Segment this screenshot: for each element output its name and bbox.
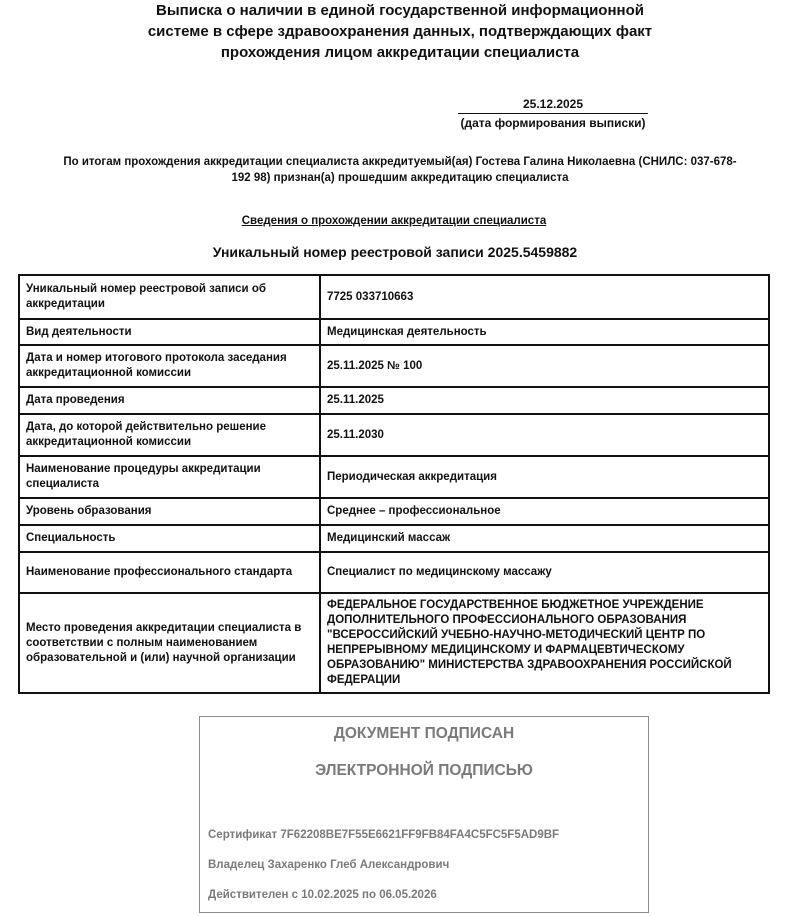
row-value: 7725 033710663 [320,275,769,319]
formation-date: 25.12.2025 [458,96,648,114]
signature-title-line1: ДОКУМЕНТ ПОДПИСАН [200,725,648,743]
registry-number-heading: Уникальный номер реестровой записи 2025.… [100,244,690,260]
row-value: 25.11.2025 № 100 [320,345,769,387]
row-label: Уникальный номер реестровой записи об ак… [19,275,320,319]
document-title-line: системе в сфере здравоохранения данных, … [100,21,700,42]
table-row: Наименование процедуры аккредитации спец… [19,456,769,498]
row-value: Медицинский массаж [320,525,769,552]
row-label: Место проведения аккредитации специалист… [19,593,320,693]
table-row: Дата и номер итогового протокола заседан… [19,345,769,387]
table-row: Специальность Медицинский массаж [19,525,769,552]
row-value: Медицинская деятельность [320,319,769,345]
row-label: Вид деятельности [19,319,320,345]
section-heading: Сведения о прохождении аккредитации спец… [180,215,608,227]
intro-line: 192 98) признан(а) прошедшим аккредитаци… [18,170,782,186]
table-row: Дата, до которой действительно решение а… [19,414,769,456]
document-title-line: прохождения лицом аккредитации специалис… [100,42,700,63]
intro-statement: По итогам прохождения аккредитации специ… [18,154,782,186]
table-row: Уровень образования Среднее – профессион… [19,498,769,525]
document-title-line: Выписка о наличии в единой государственн… [100,0,700,21]
signature-validity: Действителен с 10.02.2025 по 06.05.2026 [208,889,437,901]
document-title: Выписка о наличии в единой государственн… [100,0,700,63]
table-row: Наименование профессионального стандарта… [19,552,769,593]
table-row: Дата проведения 25.11.2025 [19,387,769,414]
electronic-signature-stamp: ДОКУМЕНТ ПОДПИСАН ЭЛЕКТРОННОЙ ПОДПИСЬЮ С… [199,716,649,913]
table-row: Уникальный номер реестровой записи об ак… [19,275,769,319]
signature-certificate: Сертификат 7F62208BE7F55E6621FF9FB84FA4C… [208,829,559,841]
signature-title-line2: ЭЛЕКТРОННОЙ ПОДПИСЬЮ [200,762,648,780]
row-label: Дата, до которой действительно решение а… [19,414,320,456]
signature-owner: Владелец Захаренко Глеб Александрович [208,859,449,871]
row-value: Среднее – профессиональное [320,498,769,525]
row-value: ФЕДЕРАЛЬНОЕ ГОСУДАРСТВЕННОЕ БЮДЖЕТНОЕ УЧ… [320,593,769,693]
row-label: Наименование процедуры аккредитации спец… [19,456,320,498]
row-value: Специалист по медицинскому массажу [320,552,769,593]
table-row: Место проведения аккредитации специалист… [19,593,769,693]
intro-line: По итогам прохождения аккредитации специ… [18,154,782,170]
row-label: Дата проведения [19,387,320,414]
row-label: Наименование профессионального стандарта [19,552,320,593]
row-label: Уровень образования [19,498,320,525]
accreditation-info-table: Уникальный номер реестровой записи об ак… [18,274,770,694]
row-value: 25.11.2025 [320,387,769,414]
table-row: Вид деятельности Медицинская деятельност… [19,319,769,345]
row-value: 25.11.2030 [320,414,769,456]
row-label: Специальность [19,525,320,552]
formation-date-caption: (дата формирования выписки) [450,115,656,131]
formation-date-block: 25.12.2025 (дата формирования выписки) [450,96,656,131]
row-label: Дата и номер итогового протокола заседан… [19,345,320,387]
row-value: Периодическая аккредитация [320,456,769,498]
